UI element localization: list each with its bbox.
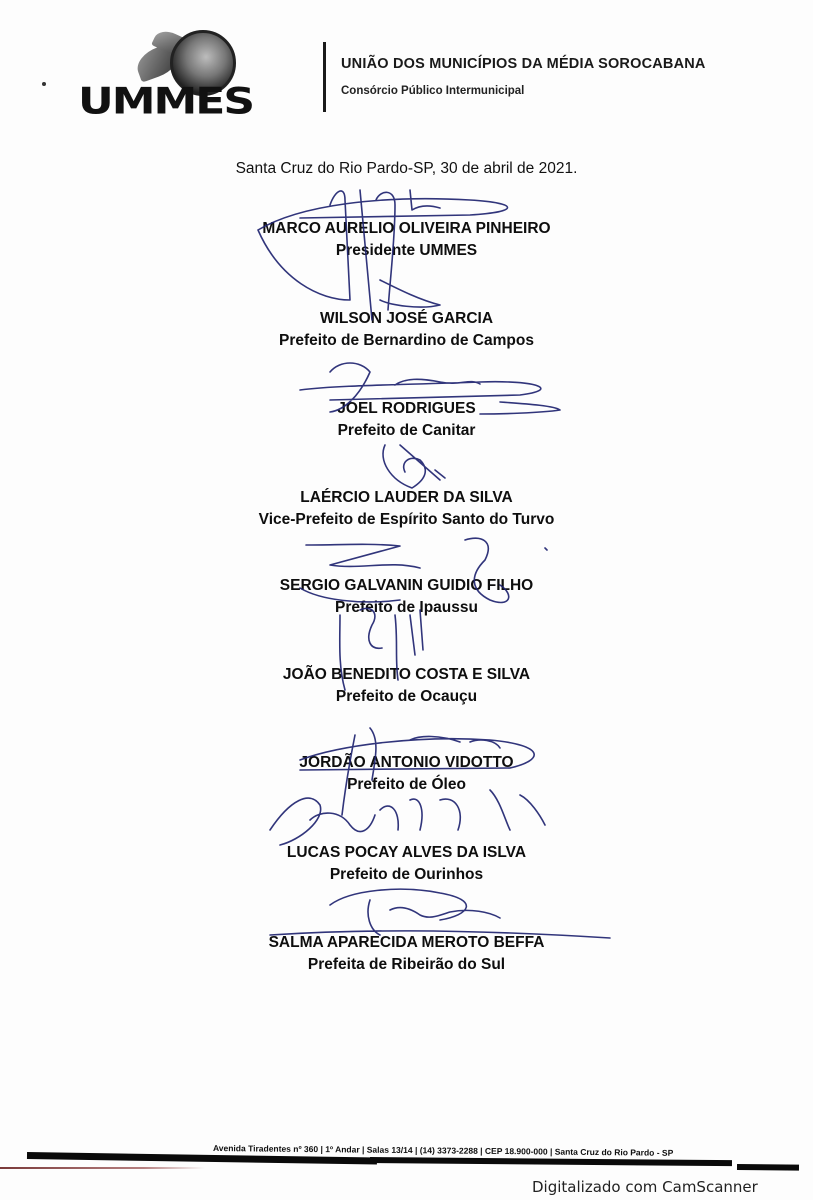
signatory-role: Presidente UMMES [0,240,813,262]
organization-name: UNIÃO DOS MUNICÍPIOS DA MÉDIA SOROCABANA [341,56,706,72]
signatory-block: JOÃO BENEDITO COSTA E SILVA Prefeito de … [0,664,813,708]
signatory-role: Prefeita de Ribeirão do Sul [0,954,813,976]
organization-subtitle: Consórcio Público Intermunicipal [341,85,524,97]
signatory-name: LUCAS POCAY ALVES DA ISLVA [0,842,813,864]
signatory-block: JOEL RODRIGUES Prefeito de Canitar [0,398,813,442]
signatory-block: JORDÃO ANTONIO VIDOTTO Prefeito de Óleo [0,752,813,796]
signatory-role: Prefeito de Ocauçu [0,686,813,708]
signatory-block: LUCAS POCAY ALVES DA ISLVA Prefeito de O… [0,842,813,886]
signatory-block: SALMA APARECIDA MEROTO BEFFA Prefeita de… [0,932,813,976]
signatory-role: Prefeito de Ipaussu [0,597,813,619]
signatory-block: LAÉRCIO LAUDER DA SILVA Vice-Prefeito de… [0,487,813,531]
logo-wordmark: UMMES [78,84,253,120]
signatory-name: MARCO AURELIO OLIVEIRA PINHEIRO [0,218,813,240]
signatory-role: Prefeito de Óleo [0,774,813,796]
footer-rule [370,1157,732,1166]
signature-laercio [383,445,445,488]
signatory-block: SERGIO GALVANIN GUIDIO FILHO Prefeito de… [0,575,813,619]
place-date-line: Santa Cruz do Rio Pardo-SP, 30 de abril … [0,160,813,178]
signatory-name: SALMA APARECIDA MEROTO BEFFA [0,932,813,954]
camscanner-watermark: Digitalizado com CamScanner [532,1178,758,1196]
header-divider [323,42,326,112]
signatory-name: JOÃO BENEDITO COSTA E SILVA [0,664,813,686]
signatory-name: LAÉRCIO LAUDER DA SILVA [0,487,813,509]
ummes-logo: UMMES [78,30,278,120]
signature-lucas [270,790,545,845]
signatory-name: SERGIO GALVANIN GUIDIO FILHO [0,575,813,597]
signatory-name: JOEL RODRIGUES [0,398,813,420]
signatory-block: WILSON JOSÉ GARCIA Prefeito de Bernardin… [0,308,813,352]
signatory-role: Prefeito de Canitar [0,420,813,442]
document-page: UMMES UNIÃO DOS MUNICÍPIOS DA MÉDIA SORO… [0,0,813,1200]
scan-artifact-line [0,1167,205,1169]
signature-salma [270,889,610,938]
signatory-name: JORDÃO ANTONIO VIDOTTO [0,752,813,774]
signatory-block: MARCO AURELIO OLIVEIRA PINHEIRO Presiden… [0,218,813,262]
signatory-name: WILSON JOSÉ GARCIA [0,308,813,330]
logo-speck-icon [42,82,46,86]
signatory-role: Vice-Prefeito de Espírito Santo do Turvo [0,509,813,531]
footer-rule [737,1164,799,1171]
signatory-role: Prefeito de Bernardino de Campos [0,330,813,352]
signatory-role: Prefeito de Ourinhos [0,864,813,886]
